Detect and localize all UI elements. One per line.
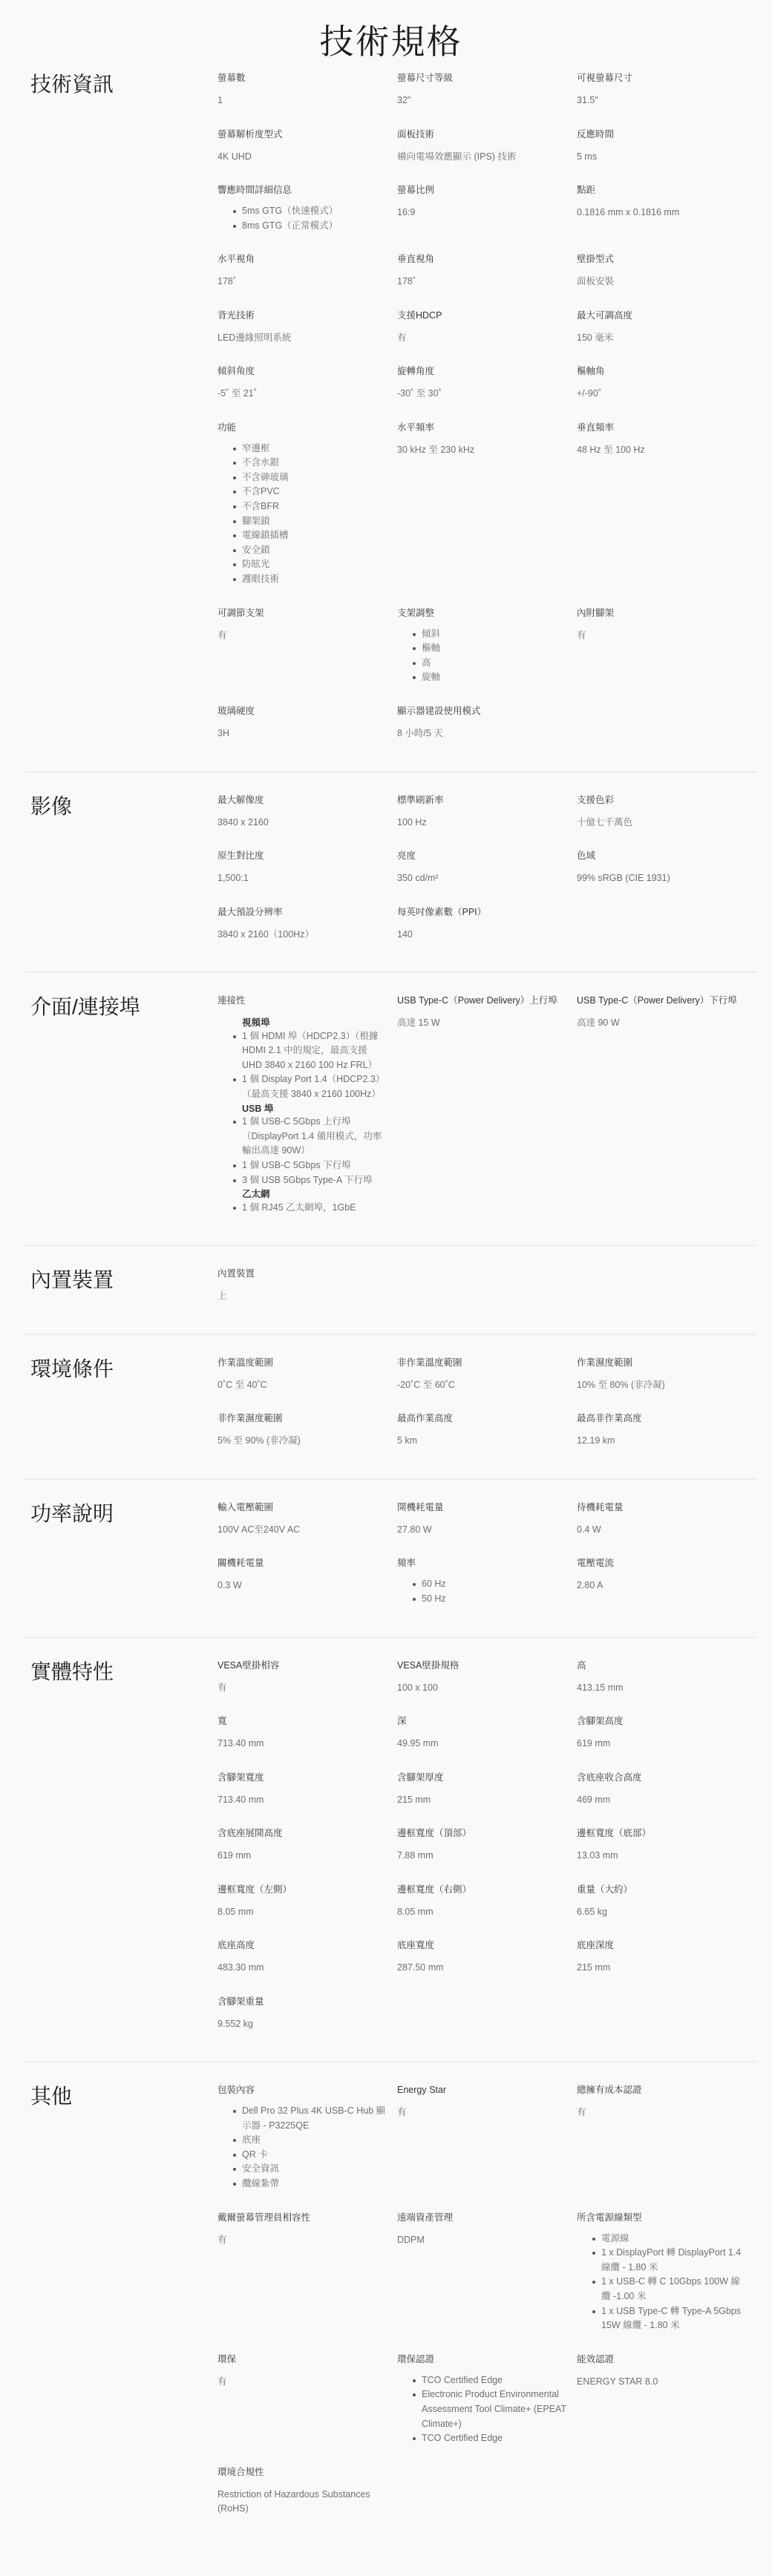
spec-grid: 包裝內容Dell Pro 32 Plus 4K USB-C Hub 顯示器 - … bbox=[217, 2083, 757, 2517]
list-item: 旋軸 bbox=[397, 670, 568, 685]
spec-value-list: 1 個 HDMI 埠（HDCP2.3）（根據 HDMI 2.1 中的規定，最高支… bbox=[217, 1029, 388, 1102]
spec-label: 輸入電壓範圍 bbox=[217, 1501, 388, 1515]
spec-value: 有 bbox=[217, 2375, 388, 2390]
spec-value: 有 bbox=[217, 1681, 388, 1696]
spec-value-list: 1 個 RJ45 乙太網埠，1GbE bbox=[217, 1201, 388, 1216]
spec-item: 待機耗電量0.4 W bbox=[577, 1501, 756, 1538]
spec-section: 實體特性VESA壁掛相容有VESA壁掛規格100 x 100高413.15 mm… bbox=[24, 1636, 757, 2062]
spec-value: 十億七千萬色 bbox=[577, 816, 748, 830]
spec-item: 最大預設分辨率3840 x 2160（100Hz） bbox=[217, 905, 397, 943]
spec-label: 邊框寬度（頂部） bbox=[397, 1826, 568, 1841]
list-item: 安全鎖 bbox=[217, 543, 388, 558]
spec-value: 5 ms bbox=[577, 150, 748, 165]
spec-label: 頻率 bbox=[397, 1556, 568, 1570]
spec-label: 電壓電流 bbox=[577, 1556, 748, 1570]
spec-item: 邊框寬度（右側）8.05 mm bbox=[397, 1883, 577, 1920]
spec-label: 邊框寬度（左側） bbox=[217, 1883, 388, 1897]
list-item: 1 個 HDMI 埠（HDCP2.3）（根據 HDMI 2.1 中的規定，最高支… bbox=[217, 1029, 388, 1073]
spec-item: 水平頻率30 kHz 至 230 kHz bbox=[397, 421, 577, 458]
spec-item: 可視螢幕尺寸31.5" bbox=[577, 71, 756, 108]
spec-item: 環境合規性Restriction of Hazardous Substances… bbox=[217, 2465, 397, 2517]
spec-value: 30 kHz 至 230 kHz bbox=[397, 443, 568, 458]
spec-value: 483.30 mm bbox=[217, 1961, 388, 1976]
spec-label: 垂直頻率 bbox=[577, 421, 748, 435]
spec-label: 包裝內容 bbox=[217, 2083, 388, 2097]
spec-value-list: TCO Certified EdgeElectronic Product Env… bbox=[397, 2373, 568, 2446]
spec-section: 技術資訊螢幕數1螢幕尺寸等級32"可視螢幕尺寸31.5"螢幕解析度型式4K UH… bbox=[24, 61, 757, 771]
spec-value: 178˚ bbox=[217, 275, 388, 289]
spec-value: +/-90˚ bbox=[577, 387, 748, 402]
spec-value: 287.50 mm bbox=[397, 1961, 568, 1976]
list-item: 護眼技術 bbox=[217, 572, 388, 587]
list-item: 5ms GTG（快速模式） bbox=[217, 204, 388, 219]
spec-value: 619 mm bbox=[217, 1849, 388, 1864]
spec-item: 垂直頻率48 Hz 至 100 Hz bbox=[577, 421, 756, 458]
spec-item: 高413.15 mm bbox=[577, 1659, 756, 1696]
spec-label: 含腳架寬度 bbox=[217, 1771, 388, 1785]
spec-label: 開機耗電量 bbox=[397, 1501, 568, 1515]
spec-value-list: 60 Hz50 Hz bbox=[397, 1577, 568, 1606]
spec-value: 413.15 mm bbox=[577, 1681, 748, 1696]
spec-label: 邊框寬度（右側） bbox=[397, 1883, 568, 1897]
spec-label: 支援HDCP bbox=[397, 309, 568, 323]
spec-label: 功能 bbox=[217, 421, 388, 435]
spec-label: 戴爾螢幕管理員相容性 bbox=[217, 2211, 388, 2225]
spec-section: 介面/連接埠連接性視頻埠1 個 HDMI 埠（HDCP2.3）（根據 HDMI … bbox=[24, 971, 757, 1245]
spec-value: 0.3 W bbox=[217, 1579, 388, 1593]
spec-item: 水平視角178˚ bbox=[217, 252, 397, 289]
spec-item: VESA壁掛規格100 x 100 bbox=[397, 1659, 577, 1696]
spec-section: 內置裝置內置裝置上 bbox=[24, 1245, 757, 1334]
spec-item: 重量（大約）6.65 kg bbox=[577, 1883, 756, 1920]
spec-value: 3H bbox=[217, 727, 388, 741]
list-item: 3 個 USB 5Gbps Type-A 下行埠 bbox=[217, 1173, 388, 1188]
spec-label: 每英吋像素數（PPI） bbox=[397, 905, 568, 920]
spec-item: 點距0.1816 mm x 0.1816 mm bbox=[577, 183, 756, 220]
spec-item: 非作業濕度範圍5% 至 90% (非冷凝) bbox=[217, 1412, 397, 1449]
spec-value: 150 毫米 bbox=[577, 331, 748, 346]
spec-value: 99% sRGB (CIE 1931) bbox=[577, 871, 748, 886]
spec-item: 含腳架高度619 mm bbox=[577, 1714, 756, 1751]
list-item: 1 x USB-C 轉 C 10Gbps 100W 線纜 -1.00 米 bbox=[577, 2275, 748, 2304]
spec-label: 最高非作業高度 bbox=[577, 1412, 748, 1426]
spec-item: 每英吋像素數（PPI）140 bbox=[397, 905, 577, 943]
spec-value: 5ms GTG（快速模式）8ms GTG（正常模式） bbox=[217, 204, 388, 233]
spec-value: TCO Certified EdgeElectronic Product Env… bbox=[397, 2373, 568, 2446]
spec-value: 橫向電場效應顯示 (IPS) 技術 bbox=[397, 150, 568, 165]
spec-item: 標準刷新率100 Hz bbox=[397, 793, 577, 830]
spec-item: 含腳架厚度215 mm bbox=[397, 1771, 577, 1808]
spec-item: 可調節支架有 bbox=[217, 606, 397, 643]
list-item: 安全資訊 bbox=[217, 2162, 388, 2177]
list-item: 不含水銀 bbox=[217, 456, 388, 471]
list-item: 1 個 RJ45 乙太網埠，1GbE bbox=[217, 1201, 388, 1216]
spec-value: 140 bbox=[397, 928, 568, 943]
spec-label: VESA壁掛規格 bbox=[397, 1659, 568, 1673]
spec-value: 100V AC至240V AC bbox=[217, 1523, 388, 1538]
spec-grid: 輸入電壓範圍100V AC至240V AC開機耗電量27.80 W待機耗電量0.… bbox=[217, 1501, 757, 1607]
spec-item: 底座高度483.30 mm bbox=[217, 1938, 397, 1976]
spec-item: 環保有 bbox=[217, 2353, 397, 2390]
spec-value: 8 小時/5 天 bbox=[397, 727, 568, 741]
spec-label: 非作業濕度範圍 bbox=[217, 1412, 388, 1426]
spec-label: 垂直視角 bbox=[397, 252, 568, 266]
spec-label: 內置裝置 bbox=[217, 1267, 388, 1281]
spec-value: 視頻埠1 個 HDMI 埠（HDCP2.3）（根據 HDMI 2.1 中的規定，… bbox=[217, 1016, 388, 1215]
list-item: QR 卡 bbox=[217, 2148, 388, 2163]
spec-label: 遠端資產管理 bbox=[397, 2211, 568, 2225]
spec-item: Energy Star有 bbox=[397, 2083, 577, 2120]
spec-value: 215 mm bbox=[397, 1793, 568, 1808]
spec-item: 寬713.40 mm bbox=[217, 1714, 397, 1751]
spec-label: 非作業溫度範圍 bbox=[397, 1356, 568, 1370]
spec-item: 最大解像度3840 x 2160 bbox=[217, 793, 397, 830]
spec-label: 原生對比度 bbox=[217, 849, 388, 863]
list-item: 高 bbox=[397, 656, 568, 671]
spec-section: 影像最大解像度3840 x 2160標準刷新率100 Hz支援色彩十億七千萬色原… bbox=[24, 771, 757, 972]
spec-item: 邊框寬度（頂部）7.88 mm bbox=[397, 1826, 577, 1864]
section-title: 環境條件 bbox=[24, 1356, 217, 1449]
list-item: 傾斜 bbox=[397, 627, 568, 642]
spec-label: 環保認證 bbox=[397, 2353, 568, 2367]
spec-label: 寬 bbox=[217, 1714, 388, 1728]
spec-label: 傾斜角度 bbox=[217, 364, 388, 378]
spec-value: 電源線1 x DisplayPort 轉 DisplayPort 1.4 線纜 … bbox=[577, 2232, 748, 2333]
spec-value-list: 傾斜樞軸高旋軸 bbox=[397, 627, 568, 685]
section-title: 其他 bbox=[24, 2083, 217, 2517]
spec-label: 環保 bbox=[217, 2353, 388, 2367]
spec-item: 功能窄邊框不含水銀不含砷玻璃不含PVC不含BFR腳架鎖電線鎖插槽安全鎖防眩光護眼… bbox=[217, 421, 397, 587]
spec-value: 傾斜樞軸高旋軸 bbox=[397, 627, 568, 685]
spec-label: 背光技術 bbox=[217, 309, 388, 323]
section-title: 介面/連接埠 bbox=[24, 994, 217, 1215]
list-item: 1 個 Display Port 1.4（HDCP2.3）（最高支援 3840 … bbox=[217, 1072, 388, 1101]
spec-item: 反應時間5 ms bbox=[577, 128, 756, 165]
spec-label: 玻璃硬度 bbox=[217, 704, 388, 718]
spec-item: 樞軸角+/-90˚ bbox=[577, 364, 756, 402]
spec-value: 350 cd/m² bbox=[397, 871, 568, 886]
spec-value: 上 bbox=[217, 1289, 388, 1304]
section-title: 內置裝置 bbox=[24, 1267, 217, 1304]
spec-value: LED邊緣照明系統 bbox=[217, 331, 388, 346]
spec-value: 9.552 kg bbox=[217, 2017, 388, 2032]
page-title: 技術規格 bbox=[24, 0, 757, 61]
spec-label: Energy Star bbox=[397, 2083, 568, 2097]
spec-label: 能效認證 bbox=[577, 2353, 748, 2367]
spec-item: 螢幕解析度型式4K UHD bbox=[217, 128, 397, 165]
spec-grid: VESA壁掛相容有VESA壁掛規格100 x 100高413.15 mm寬713… bbox=[217, 1659, 757, 2032]
spec-label: 含腳架厚度 bbox=[397, 1771, 568, 1785]
spec-label: 水平視角 bbox=[217, 252, 388, 266]
list-item: 1 x DisplayPort 轉 DisplayPort 1.4 線纜 - 1… bbox=[577, 2246, 748, 2275]
list-item: 樞軸 bbox=[397, 641, 568, 656]
spec-value-list: 1 個 USB-C 5Gbps 上行埠（DisplayPort 1.4 備用模式… bbox=[217, 1115, 388, 1187]
spec-value: 2.80 A bbox=[577, 1579, 748, 1593]
spec-value: 0.4 W bbox=[577, 1523, 748, 1538]
spec-value: 1,500:1 bbox=[217, 871, 388, 886]
spec-value: 16:9 bbox=[397, 206, 568, 220]
spec-item: 作業溫度範圍0˚C 至 40˚C bbox=[217, 1356, 397, 1393]
spec-value-list: Dell Pro 32 Plus 4K USB-C Hub 顯示器 - P322… bbox=[217, 2104, 388, 2192]
spec-section: 環境條件作業溫度範圍0˚C 至 40˚C非作業溫度範圍-20˚C 至 60˚C作… bbox=[24, 1334, 757, 1478]
spec-label: 面板技術 bbox=[397, 128, 568, 142]
spec-item: USB Type-C（Power Delivery）上行埠高達 15 W bbox=[397, 994, 577, 1031]
spec-label: 含底座展開高度 bbox=[217, 1826, 388, 1841]
spec-value: 215 mm bbox=[577, 1961, 748, 1976]
spec-value: 469 mm bbox=[577, 1793, 748, 1808]
spec-label: 壁掛型式 bbox=[577, 252, 748, 266]
spec-value: 3840 x 2160 bbox=[217, 816, 388, 830]
list-item: 電源線 bbox=[577, 2232, 748, 2246]
spec-label: 螢幕比例 bbox=[397, 183, 568, 197]
spec-label: 螢幕解析度型式 bbox=[217, 128, 388, 142]
spec-value: Restriction of Hazardous Substances (RoH… bbox=[217, 2488, 388, 2517]
spec-section: 功率說明輸入電壓範圍100V AC至240V AC開機耗電量27.80 W待機耗… bbox=[24, 1478, 757, 1636]
spec-value: 10% 至 80% (非冷凝) bbox=[577, 1378, 748, 1393]
spec-value-list: 電源線1 x DisplayPort 轉 DisplayPort 1.4 線纜 … bbox=[577, 2232, 748, 2333]
list-item: 1 個 USB-C 5Gbps 上行埠（DisplayPort 1.4 備用模式… bbox=[217, 1115, 388, 1158]
spec-label: 最大可調高度 bbox=[577, 309, 748, 323]
list-item: 腳架鎖 bbox=[217, 514, 388, 529]
spec-label: VESA壁掛相容 bbox=[217, 1659, 388, 1673]
spec-value: 有 bbox=[397, 331, 568, 346]
spec-grid: 最大解像度3840 x 2160標準刷新率100 Hz支援色彩十億七千萬色原生對… bbox=[217, 793, 757, 943]
spec-value: 0˚C 至 40˚C bbox=[217, 1378, 388, 1393]
spec-item: VESA壁掛相容有 bbox=[217, 1659, 397, 1696]
spec-item: 戴爾螢幕管理員相容性有 bbox=[217, 2211, 397, 2248]
spec-value: -30˚ 至 30˚ bbox=[397, 387, 568, 402]
spec-item: 螢幕比例16:9 bbox=[397, 183, 577, 220]
spec-item: 傾斜角度-5˚ 至 21˚ bbox=[217, 364, 397, 402]
spec-item: 支架調整傾斜樞軸高旋軸 bbox=[397, 606, 577, 685]
spec-item: 支援HDCP有 bbox=[397, 309, 577, 346]
list-item: Electronic Product Environmental Assessm… bbox=[397, 2387, 568, 2431]
spec-item: 原生對比度1,500:1 bbox=[217, 849, 397, 886]
spec-label: 底座深度 bbox=[577, 1938, 748, 1953]
list-item: 不含BFR bbox=[217, 499, 388, 514]
spec-item: 作業濕度範圍10% 至 80% (非冷凝) bbox=[577, 1356, 756, 1393]
spec-item: 支援色彩十億七千萬色 bbox=[577, 793, 756, 830]
spec-item: 總擁有成本認證有 bbox=[577, 2083, 756, 2120]
spec-item: 含底座展開高度619 mm bbox=[217, 1826, 397, 1864]
spec-item: 深49.95 mm bbox=[397, 1714, 577, 1751]
spec-item: 關機耗電量0.3 W bbox=[217, 1556, 397, 1593]
spec-item: 螢幕尺寸等級32" bbox=[397, 71, 577, 108]
spec-item: 內附腳架有 bbox=[577, 606, 756, 643]
spec-label: 旋轉角度 bbox=[397, 364, 568, 378]
spec-item: 最高作業高度5 km bbox=[397, 1412, 577, 1449]
list-item: TCO Certified Edge bbox=[397, 2373, 568, 2388]
spec-label: 反應時間 bbox=[577, 128, 748, 142]
spec-value: 8.05 mm bbox=[217, 1905, 388, 1920]
spec-grid: 連接性視頻埠1 個 HDMI 埠（HDCP2.3）（根據 HDMI 2.1 中的… bbox=[217, 994, 757, 1215]
spec-label: 最大預設分辨率 bbox=[217, 905, 388, 920]
spec-item: 含腳架寬度713.40 mm bbox=[217, 1771, 397, 1808]
spec-item: USB Type-C（Power Delivery）下行埠高達 90 W bbox=[577, 994, 756, 1031]
spec-value: 6.65 kg bbox=[577, 1905, 748, 1920]
spec-value: 面板安裝 bbox=[577, 275, 748, 289]
spec-label: USB Type-C（Power Delivery）下行埠 bbox=[577, 994, 748, 1008]
spec-value: 178˚ bbox=[397, 275, 568, 289]
section-title: 功率說明 bbox=[24, 1501, 217, 1607]
spec-sections: 技術資訊螢幕數1螢幕尺寸等級32"可視螢幕尺寸31.5"螢幕解析度型式4K UH… bbox=[24, 61, 757, 2546]
spec-item: 玻璃硬度3H bbox=[217, 704, 397, 741]
list-item: 50 Hz bbox=[397, 1592, 568, 1607]
spec-label: 重量（大約） bbox=[577, 1883, 748, 1897]
list-item: Dell Pro 32 Plus 4K USB-C Hub 顯示器 - P322… bbox=[217, 2104, 388, 2133]
spec-value: 4K UHD bbox=[217, 150, 388, 165]
spec-value: 8.05 mm bbox=[397, 1905, 568, 1920]
spec-value: 有 bbox=[217, 2233, 388, 2248]
spec-value: 有 bbox=[217, 629, 388, 643]
spec-label: 邊框寬度（底部） bbox=[577, 1826, 748, 1841]
spec-value: Dell Pro 32 Plus 4K USB-C Hub 顯示器 - P322… bbox=[217, 2104, 388, 2192]
spec-item: 電壓電流2.80 A bbox=[577, 1556, 756, 1593]
spec-value: 有 bbox=[577, 2105, 748, 2120]
spec-value: 713.40 mm bbox=[217, 1793, 388, 1808]
spec-label: 關機耗電量 bbox=[217, 1556, 388, 1570]
spec-label: 支架調整 bbox=[397, 606, 568, 620]
spec-value: ENERGY STAR 8.0 bbox=[577, 2375, 748, 2390]
spec-label: 內附腳架 bbox=[577, 606, 748, 620]
spec-item: 背光技術LED邊緣照明系統 bbox=[217, 309, 397, 346]
spec-value: 100 x 100 bbox=[397, 1681, 568, 1696]
spec-label: 標準刷新率 bbox=[397, 793, 568, 807]
list-item: 1 個 USB-C 5Gbps 下行埠 bbox=[217, 1158, 388, 1173]
spec-label: 待機耗電量 bbox=[577, 1501, 748, 1515]
spec-value: 100 Hz bbox=[397, 816, 568, 830]
spec-item: 邊框寬度（左側）8.05 mm bbox=[217, 1883, 397, 1920]
spec-label: 含腳架重量 bbox=[217, 1995, 388, 2009]
spec-label: 響應時間詳細信息 bbox=[217, 183, 388, 197]
spec-item: 遠端資產管理DDPM bbox=[397, 2211, 577, 2248]
spec-value: 5% 至 90% (非冷凝) bbox=[217, 1434, 388, 1449]
spec-item: 色域99% sRGB (CIE 1931) bbox=[577, 849, 756, 886]
spec-label: 作業濕度範圍 bbox=[577, 1356, 748, 1370]
spec-item: 所含電源線類型電源線1 x DisplayPort 轉 DisplayPort … bbox=[577, 2211, 756, 2333]
spec-value: 3840 x 2160（100Hz） bbox=[217, 928, 388, 943]
spec-value: 619 mm bbox=[577, 1737, 748, 1751]
spec-value: 13.03 mm bbox=[577, 1849, 748, 1864]
spec-item: 環保認證TCO Certified EdgeElectronic Product… bbox=[397, 2353, 577, 2446]
spec-label: 底座高度 bbox=[217, 1938, 388, 1953]
spec-label: 顯示器建設使用模式 bbox=[397, 704, 568, 718]
list-item: 8ms GTG（正常模式） bbox=[217, 219, 388, 234]
spec-label: 點距 bbox=[577, 183, 748, 197]
list-item: 1 x USB Type-C 轉 Type-A 5Gbps 15W 線纜 - 1… bbox=[577, 2304, 748, 2333]
spec-item: 顯示器建設使用模式8 小時/5 天 bbox=[397, 704, 577, 741]
spec-item: 面板技術橫向電場效應顯示 (IPS) 技術 bbox=[397, 128, 577, 165]
spec-item: 最大可調高度150 毫米 bbox=[577, 309, 756, 346]
spec-label: 螢幕尺寸等級 bbox=[397, 71, 568, 85]
spec-label: 高 bbox=[577, 1659, 748, 1673]
spec-label: 連接性 bbox=[217, 994, 388, 1008]
spec-label: 所含電源線類型 bbox=[577, 2211, 748, 2225]
spec-value: 12.19 km bbox=[577, 1434, 748, 1449]
spec-page: 技術規格 技術資訊螢幕數1螢幕尺寸等級32"可視螢幕尺寸31.5"螢幕解析度型式… bbox=[0, 0, 772, 2576]
spec-value: 27.80 W bbox=[397, 1523, 568, 1538]
spec-item: 開機耗電量27.80 W bbox=[397, 1501, 577, 1538]
spec-grid: 內置裝置上 bbox=[217, 1267, 757, 1304]
spec-item: 含底座收合高度469 mm bbox=[577, 1771, 756, 1808]
spec-label: 水平頻率 bbox=[397, 421, 568, 435]
spec-value: 高達 15 W bbox=[397, 1016, 568, 1031]
spec-item: 頻率60 Hz50 Hz bbox=[397, 1556, 577, 1606]
spec-value: -20˚C 至 60˚C bbox=[397, 1378, 568, 1393]
spec-item: 螢幕數1 bbox=[217, 71, 397, 108]
spec-value: 0.1816 mm x 0.1816 mm bbox=[577, 206, 748, 220]
spec-item: 內置裝置上 bbox=[217, 1267, 397, 1304]
spec-item: 能效認證ENERGY STAR 8.0 bbox=[577, 2353, 756, 2390]
spec-item: 最高非作業高度12.19 km bbox=[577, 1412, 756, 1449]
spec-label: 最大解像度 bbox=[217, 793, 388, 807]
spec-item: 含腳架重量9.552 kg bbox=[217, 1995, 397, 2032]
spec-label: 含腳架高度 bbox=[577, 1714, 748, 1728]
list-item: 不含PVC bbox=[217, 485, 388, 499]
spec-value-list: 5ms GTG（快速模式）8ms GTG（正常模式） bbox=[217, 204, 388, 233]
spec-grid: 螢幕數1螢幕尺寸等級32"可視螢幕尺寸31.5"螢幕解析度型式4K UHD面板技… bbox=[217, 71, 757, 741]
spec-value-list: 窄邊框不含水銀不含砷玻璃不含PVC不含BFR腳架鎖電線鎖插槽安全鎖防眩光護眼技術 bbox=[217, 442, 388, 587]
spec-value: 32" bbox=[397, 94, 568, 108]
spec-label: 底座寬度 bbox=[397, 1938, 568, 1953]
spec-value: DDPM bbox=[397, 2233, 568, 2248]
list-item: 不含砷玻璃 bbox=[217, 471, 388, 485]
spec-label: 螢幕數 bbox=[217, 71, 388, 85]
spec-item: 連接性視頻埠1 個 HDMI 埠（HDCP2.3）（根據 HDMI 2.1 中的… bbox=[217, 994, 397, 1215]
spec-label: 最高作業高度 bbox=[397, 1412, 568, 1426]
spec-value: 有 bbox=[397, 2105, 568, 2120]
spec-label: 作業溫度範圍 bbox=[217, 1356, 388, 1370]
spec-value: 49.95 mm bbox=[397, 1737, 568, 1751]
spec-label: 可調節支架 bbox=[217, 606, 388, 620]
spec-value: 有 bbox=[577, 629, 748, 643]
list-item: 纜線紮帶 bbox=[217, 2177, 388, 2192]
spec-value: 1 bbox=[217, 94, 388, 108]
spec-value: 48 Hz 至 100 Hz bbox=[577, 443, 748, 458]
spec-label: 總擁有成本認證 bbox=[577, 2083, 748, 2097]
spec-value: 31.5" bbox=[577, 94, 748, 108]
spec-value: 60 Hz50 Hz bbox=[397, 1577, 568, 1606]
spec-item: 響應時間詳細信息5ms GTG（快速模式）8ms GTG（正常模式） bbox=[217, 183, 397, 233]
spec-item: 非作業溫度範圍-20˚C 至 60˚C bbox=[397, 1356, 577, 1393]
list-item: 60 Hz bbox=[397, 1577, 568, 1592]
spec-item: 邊框寬度（底部）13.03 mm bbox=[577, 1826, 756, 1864]
spec-value: -5˚ 至 21˚ bbox=[217, 387, 388, 402]
spec-item: 壁掛型式面板安裝 bbox=[577, 252, 756, 289]
spec-label: 含底座收合高度 bbox=[577, 1771, 748, 1785]
spec-value: 713.40 mm bbox=[217, 1737, 388, 1751]
spec-label: 深 bbox=[397, 1714, 568, 1728]
list-item: 底座 bbox=[217, 2133, 388, 2148]
spec-item: 輸入電壓範圍100V AC至240V AC bbox=[217, 1501, 397, 1538]
list-item: 電線鎖插槽 bbox=[217, 528, 388, 543]
section-title: 技術資訊 bbox=[24, 71, 217, 741]
spec-item: 旋轉角度-30˚ 至 30˚ bbox=[397, 364, 577, 402]
spec-label: 樞軸角 bbox=[577, 364, 748, 378]
list-item: 窄邊框 bbox=[217, 442, 388, 456]
spec-value: 高達 90 W bbox=[577, 1016, 748, 1031]
spec-item: 垂直視角178˚ bbox=[397, 252, 577, 289]
spec-item: 底座深度215 mm bbox=[577, 1938, 756, 1976]
spec-section: 其他包裝內容Dell Pro 32 Plus 4K USB-C Hub 顯示器 … bbox=[24, 2061, 757, 2546]
section-title: 影像 bbox=[24, 793, 217, 943]
spec-item: 底座寬度287.50 mm bbox=[397, 1938, 577, 1976]
spec-grid: 作業溫度範圍0˚C 至 40˚C非作業溫度範圍-20˚C 至 60˚C作業濕度範… bbox=[217, 1356, 757, 1449]
section-title: 實體特性 bbox=[24, 1659, 217, 2032]
spec-label: 亮度 bbox=[397, 849, 568, 863]
spec-value: 7.88 mm bbox=[397, 1849, 568, 1864]
spec-value: 窄邊框不含水銀不含砷玻璃不含PVC不含BFR腳架鎖電線鎖插槽安全鎖防眩光護眼技術 bbox=[217, 442, 388, 587]
